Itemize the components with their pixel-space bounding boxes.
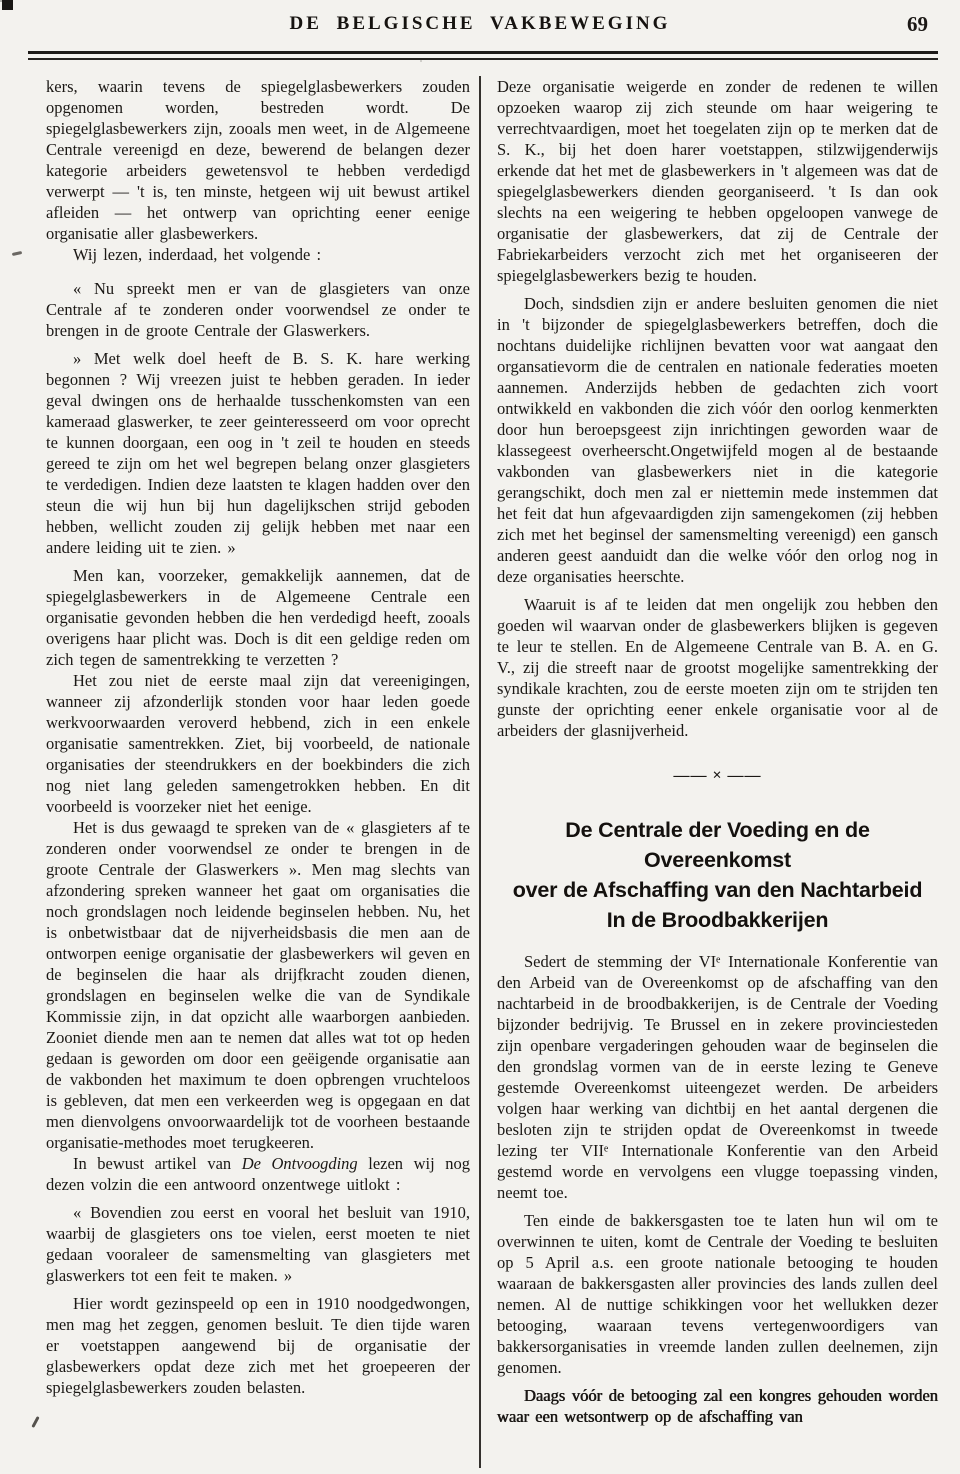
paragraph: Deze organisatie weigerde en zonder de r… xyxy=(497,76,938,286)
right-column: Deze organisatie weigerde en zonder de r… xyxy=(481,76,938,1468)
paragraph: Daags vóór de betooging zal een kongres … xyxy=(497,1385,938,1427)
paragraph: Het zou niet de eerste maal zijn dat ver… xyxy=(46,670,470,817)
journal-title: DE BELGISCHE VAKBEWEGING xyxy=(0,13,960,35)
citation-pre-text: In bewust artikel van xyxy=(73,1154,242,1173)
two-column-body: kers, waarin tevens de spiegelglasbewerk… xyxy=(0,60,960,1468)
paragraph: Doch, sindsdien zijn er andere besluiten… xyxy=(497,293,938,587)
page-number: 69 xyxy=(907,12,928,37)
quoted-paragraph: » Met welk doel heeft de B. S. K. hare w… xyxy=(46,348,470,558)
paragraph: kers, waarin tevens de spiegelglasbewerk… xyxy=(46,76,470,244)
article-title-line: De Centrale der Voeding en de Overeenkom… xyxy=(497,815,938,875)
paragraph: Waaruit is af te leiden dat men ongelijk… xyxy=(497,594,938,741)
paragraph: Ten einde de bakkersgasten toe te laten … xyxy=(497,1210,938,1378)
quoted-paragraph: « Bovendien zou eerst en vooral het besl… xyxy=(46,1202,470,1286)
periodical-title: De Ontvoogding xyxy=(242,1154,358,1173)
article-title: De Centrale der Voeding en de Overeenkom… xyxy=(497,815,938,935)
article-title-line: over de Afschaffing van den Nachtarbeid xyxy=(497,875,938,905)
left-column: kers, waarin tevens de spiegelglasbewerk… xyxy=(46,76,470,1468)
header-double-rule xyxy=(28,51,938,60)
paragraph: Men kan, voorzeker, gemakkelijk aannemen… xyxy=(46,565,470,670)
section-divider-ornament: —— × —— xyxy=(497,767,938,785)
paragraph-with-citation: In bewust artikel van De Ontvoogding lez… xyxy=(46,1153,470,1195)
article-title-line: In de Broodbakkerijen xyxy=(497,905,938,935)
paragraph: Het is dus gewaagd te spreken van de « g… xyxy=(46,817,470,1153)
quoted-paragraph: « Nu spreekt men er van de glasgieters v… xyxy=(46,278,470,341)
scanned-journal-page: DE BELGISCHE VAKBEWEGING 69 kers, waarin… xyxy=(0,0,960,1474)
page-header: DE BELGISCHE VAKBEWEGING 69 xyxy=(0,0,960,47)
paragraph: Hier wordt gezinspeeld op een in 1910 no… xyxy=(46,1293,470,1398)
paragraph: Wij lezen, inderdaad, het volgende : xyxy=(46,244,470,265)
paragraph: Sedert de stemming der VIᵉ International… xyxy=(497,951,938,1203)
